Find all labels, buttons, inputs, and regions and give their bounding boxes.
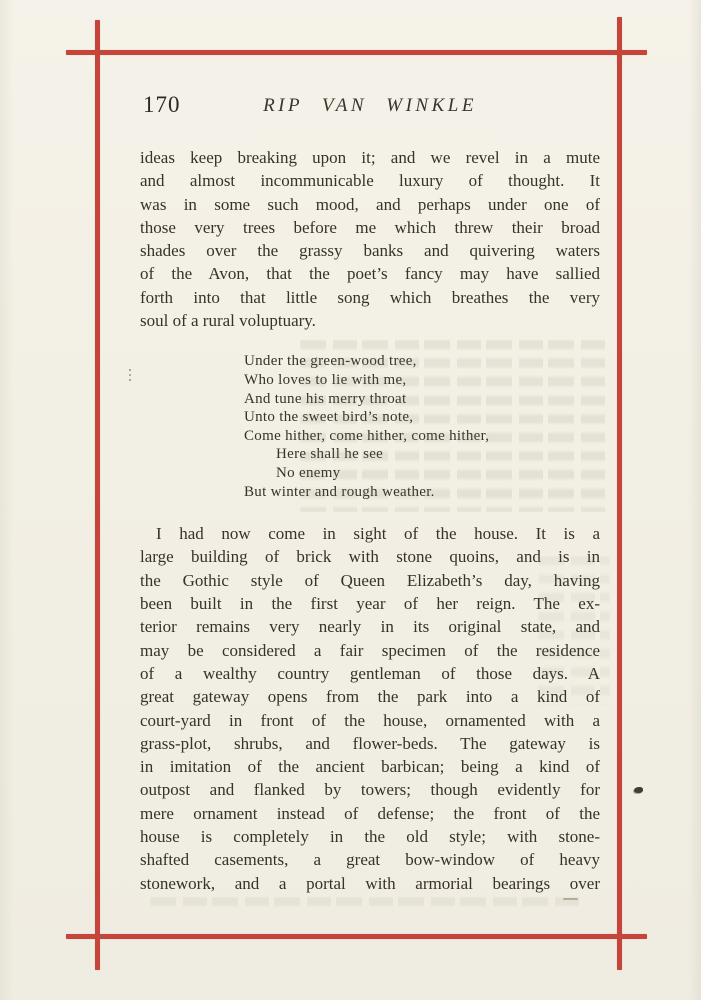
text-line: been built in the first year of her reig… (140, 592, 600, 615)
pencil-dash-mark (563, 898, 578, 900)
paragraph-2: I had now come in sight of the house. It… (140, 522, 600, 895)
frame-rule-top (66, 50, 647, 55)
text-line: was in some such mood, and perhaps under… (140, 193, 600, 216)
text-line: may be considered a fair specimen of the… (140, 639, 600, 662)
text-line: stonework, and a portal with armorial be… (140, 872, 600, 895)
ink-speck (634, 787, 643, 793)
text-line: in imitation of the ancient barbican; be… (140, 755, 600, 778)
text-line: mere ornament instead of defense; the fr… (140, 802, 600, 825)
text-line: great gateway opens from the park into a… (140, 685, 600, 708)
text-line: shafted casements, a great bow-window of… (140, 848, 600, 871)
running-title: RIP VAN WINKLE (140, 95, 600, 117)
text-line: house is completely in the old style; wi… (140, 825, 600, 848)
text-line: shades over the grassy banks and quiveri… (140, 239, 600, 262)
text-line: the Gothic style of Queen Elizabeth’s da… (140, 569, 600, 592)
poem-line: Unto the sweet bird’s note, (244, 408, 600, 427)
text-line: of the Avon, that the poet’s fancy may h… (140, 262, 600, 285)
text-line: grass-plot, shrubs, and flower-beds. The… (140, 732, 600, 755)
frame-rule-left (95, 20, 100, 970)
text-line: ideas keep breaking upon it; and we reve… (140, 146, 600, 169)
poem-line: And tune his merry throat (244, 390, 600, 409)
text-line: I had now come in sight of the house. It… (140, 522, 600, 545)
poem-line: Under the green-wood tree, (244, 352, 600, 371)
margin-dot-marks (129, 369, 131, 371)
poem-line: But winter and rough weather. (244, 483, 600, 502)
poem-line: Here shall he see (244, 445, 600, 464)
text-line: soul of a rural voluptuary. (140, 309, 600, 332)
frame-rule-right (617, 17, 622, 970)
book-page: 170 RIP VAN WINKLE ideas keep breaking u… (0, 0, 701, 1000)
text-line: outpost and flanked by towers; though ev… (140, 778, 600, 801)
poem-quote: Under the green-wood tree, Who loves to … (140, 352, 600, 501)
text-line: court-yard in front of the house, orname… (140, 709, 600, 732)
poem-line: No enemy (244, 464, 600, 483)
text-line: terior remains very nearly in its origin… (140, 615, 600, 638)
paragraph-1: ideas keep breaking upon it; and we reve… (140, 146, 600, 332)
show-through-smudge (150, 897, 580, 909)
text-block: ideas keep breaking upon it; and we reve… (140, 146, 600, 895)
text-line: those very trees before me which threw t… (140, 216, 600, 239)
text-line: large building of brick with stone quoin… (140, 545, 600, 568)
text-line: forth into that little song which breath… (140, 286, 600, 309)
frame-rule-bottom (66, 934, 647, 939)
text-line: of a wealthy country gentleman of those … (140, 662, 600, 685)
poem-line: Come hither, come hither, come hither, (244, 427, 600, 446)
text-line: and almost incommunicable luxury of thou… (140, 169, 600, 192)
poem-line: Who loves to lie with me, (244, 371, 600, 390)
